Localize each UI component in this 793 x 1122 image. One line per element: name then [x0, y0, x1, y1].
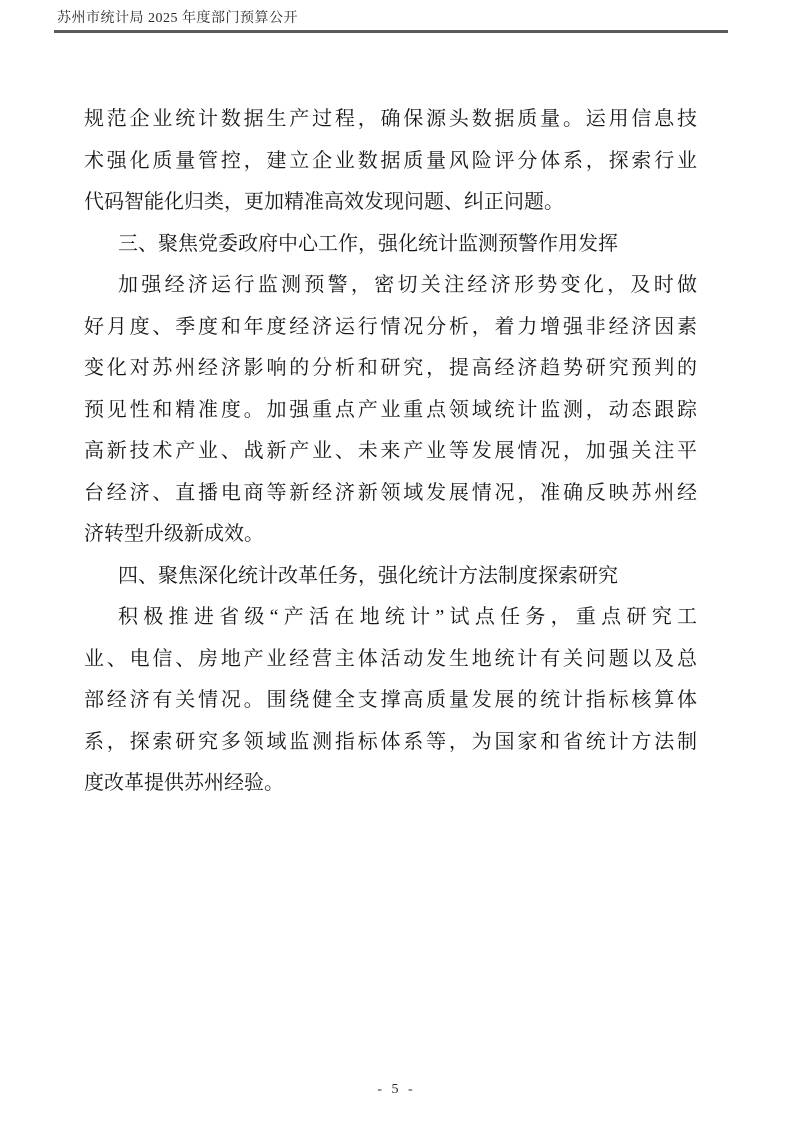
page-number: - 5 - — [0, 1082, 793, 1098]
body-text-line: 预见性和精准度。加强重点产业重点领域统计监测，动态跟踪 — [84, 390, 697, 432]
section-heading-line: 三、聚焦党委政府中心工作，强化统计监测预警作用发挥 — [84, 224, 697, 266]
header-divider-rule — [54, 30, 728, 33]
body-text-line: 变化对苏州经济影响的分析和研究，提高经济趋势研究预判的 — [84, 348, 697, 390]
body-text-line: 好月度、季度和年度经济运行情况分析，着力增强非经济因素 — [84, 307, 697, 349]
body-text-line: 规范企业统计数据生产过程，确保源头数据质量。运用信息技 — [84, 99, 697, 141]
body-text-line: 系，探索研究多领域监测指标体系等，为国家和省统计方法制 — [84, 722, 697, 764]
body-text-line: 业、电信、房地产业经营主体活动发生地统计有关问题以及总 — [84, 639, 697, 681]
document-content: 规范企业统计数据生产过程，确保源头数据质量。运用信息技术强化质量管控，建立企业数… — [84, 99, 697, 805]
document-page: 苏州市统计局 2025 年度部门预算公开 规范企业统计数据生产过程，确保源头数据… — [0, 0, 793, 1122]
body-text-line: 术强化质量管控，建立企业数据质量风险评分体系，探索行业 — [84, 141, 697, 183]
body-text-line: 加强经济运行监测预警，密切关注经济形势变化，及时做 — [84, 265, 697, 307]
body-text-line: 代码智能化归类，更加精准高效发现问题、纠正问题。 — [84, 182, 697, 224]
body-text-line: 度改革提供苏州经验。 — [84, 763, 697, 805]
body-text-line: 部经济有关情况。围绕健全支撑高质量发展的统计指标核算体 — [84, 680, 697, 722]
body-text-line: 高新技术产业、战新产业、未来产业等发展情况，加强关注平 — [84, 431, 697, 473]
section-heading-line: 四、聚焦深化统计改革任务，强化统计方法制度探索研究 — [84, 556, 697, 598]
body-text-line: 济转型升级新成效。 — [84, 514, 697, 556]
body-text-line: 积极推进省级“产活在地统计”试点任务，重点研究工 — [84, 597, 697, 639]
document-header-title: 苏州市统计局 2025 年度部门预算公开 — [57, 10, 298, 28]
body-text-line: 台经济、直播电商等新经济新领域发展情况，准确反映苏州经 — [84, 473, 697, 515]
